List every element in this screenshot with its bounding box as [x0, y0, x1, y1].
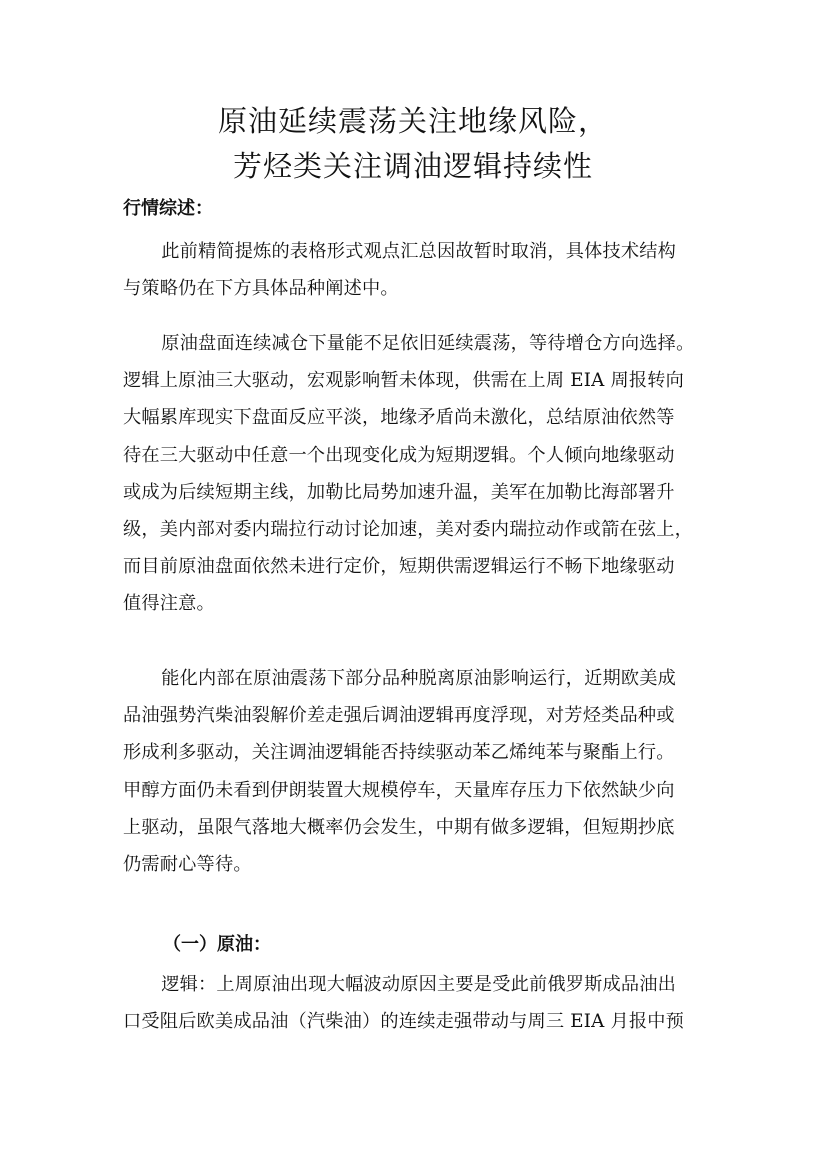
text-line: 级，美内部对委内瑞拉行动讨论加速，美对委内瑞拉动作或箭在弦上， [123, 511, 715, 548]
paragraph-overview-1: 此前精简提炼的表格形式观点汇总因故暂时取消，具体技术结构 与策略仍在下方具体品种… [123, 233, 715, 307]
document-title-line-1: 原油延续震荡关注地缘风险， [0, 107, 826, 136]
text-line: 或成为后续短期主线，加勒比局势加速升温，美军在加勒比海部署升 [123, 474, 715, 511]
paragraph-overview-3: 能化内部在原油震荡下部分品种脱离原油影响运行，近期欧美成 品油强势汽柴油裂解价差… [123, 660, 715, 883]
document-page: 原油延续震荡关注地缘风险， 芳烃类关注调油逻辑持续性 行情综述： 此前精简提炼的… [0, 0, 826, 1169]
text-line: 值得注意。 [123, 585, 715, 622]
text-line: 品油强势汽柴油裂解价差走强后调油逻辑再度浮现，对芳烃类品种或 [123, 697, 715, 734]
text-line: 能化内部在原油震荡下部分品种脱离原油影响运行，近期欧美成 [123, 660, 715, 697]
section-heading-overview: 行情综述： [123, 200, 213, 218]
text-line: 而目前原油盘面依然未进行定价，短期供需逻辑运行不畅下地缘驱动 [123, 548, 715, 585]
document-title-line-2: 芳烃类关注调油逻辑持续性 [0, 152, 826, 181]
text-line: 上驱动，虽限气落地大概率仍会发生，中期有做多逻辑，但短期抄底 [123, 809, 715, 846]
text-line: 此前精简提炼的表格形式观点汇总因故暂时取消，具体技术结构 [123, 233, 715, 270]
text-line: 大幅累库现实下盘面反应平淡，地缘矛盾尚未激化，总结原油依然等 [123, 399, 715, 436]
text-line: 甲醇方面仍未看到伊朗装置大规模停车，天量库存压力下依然缺少向 [123, 772, 715, 809]
text-line: 逻辑上原油三大驱动，宏观影响暂未体现，供需在上周 EIA 周报转向 [123, 362, 715, 399]
paragraph-overview-2: 原油盘面连续减仓下量能不足依旧延续震荡，等待增仓方向选择。 逻辑上原油三大驱动，… [123, 325, 715, 623]
text-line: 仍需耐心等待。 [123, 846, 715, 883]
text-line: 形成利多驱动，关注调油逻辑能否持续驱动苯乙烯纯苯与聚酯上行。 [123, 734, 715, 771]
text-line: 与策略仍在下方具体品种阐述中。 [123, 270, 715, 307]
text-line: 待在三大驱动中任意一个出现变化成为短期逻辑。个人倾向地缘驱动 [123, 437, 715, 474]
text-line: 口受阻后欧美成品油（汽柴油）的连续走强带动与周三 EIA 月报中预 [123, 1003, 715, 1040]
text-line: 逻辑：上周原油出现大幅波动原因主要是受此前俄罗斯成品油出 [123, 966, 715, 1003]
text-line: 原油盘面连续减仓下量能不足依旧延续震荡，等待增仓方向选择。 [123, 325, 715, 362]
section-heading-crude-oil: （一）原油： [163, 936, 271, 954]
paragraph-crude-logic: 逻辑：上周原油出现大幅波动原因主要是受此前俄罗斯成品油出 口受阻后欧美成品油（汽… [123, 966, 715, 1040]
